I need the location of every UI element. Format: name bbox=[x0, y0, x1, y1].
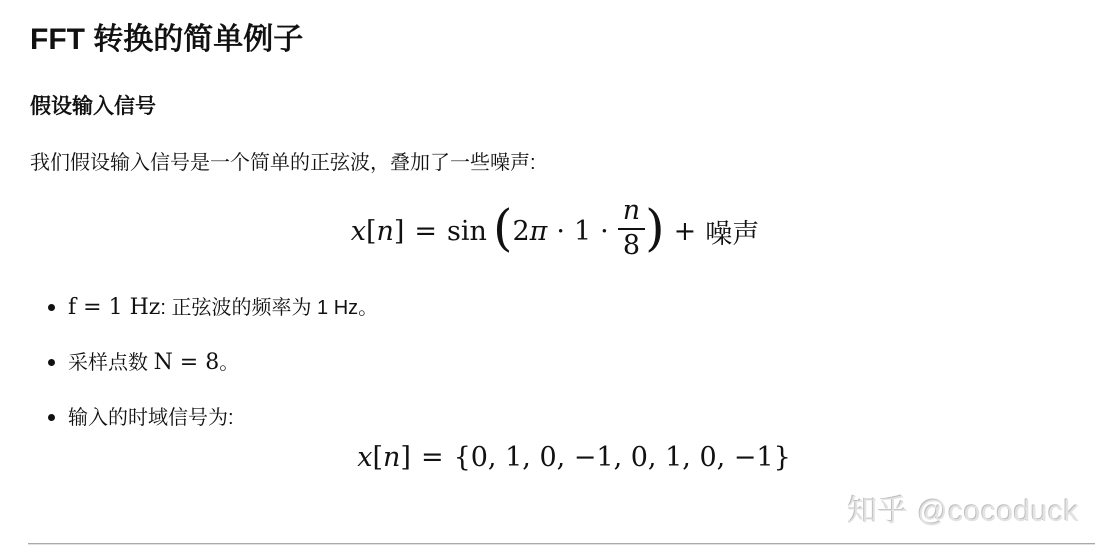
math-num-two: 2 bbox=[512, 216, 529, 247]
math-close-bracket: ] bbox=[400, 442, 411, 473]
math-equals: = bbox=[421, 442, 444, 473]
watermark: 知乎 @cocoduck bbox=[847, 486, 1079, 530]
bullet-text: : 正弦波的频率为 1 Hz。 bbox=[160, 297, 378, 319]
math-eq-8: = 8 bbox=[173, 350, 219, 375]
math-value-set: {0, 1, 0, −1, 0, 1, 0, −1} bbox=[454, 442, 791, 473]
section-heading: 假设输入信号 bbox=[30, 94, 1080, 120]
bullet-dot bbox=[48, 359, 55, 366]
math-open-bracket: [ bbox=[372, 442, 383, 473]
formula-signal-definition: x[n]=sin(2π·1·n8)+噪声 bbox=[30, 200, 1080, 262]
math-var-x: x bbox=[351, 216, 366, 247]
math-var-N: N bbox=[154, 350, 173, 375]
divider bbox=[28, 543, 1095, 545]
bullet-dot bbox=[48, 414, 55, 421]
math-noise-label: 噪声 bbox=[705, 212, 759, 251]
math-operator-sin: sin bbox=[447, 216, 487, 247]
math-fraction: n8 bbox=[618, 196, 645, 259]
math-plus: + bbox=[674, 216, 697, 247]
math-var-n: n bbox=[383, 442, 400, 473]
intro-paragraph: 我们假设输入信号是一个简单的正弦波，叠加了一些噪声: bbox=[30, 148, 1080, 178]
inline-math-frequency: f = 1 Hz bbox=[68, 295, 160, 320]
math-frac-numerator: n bbox=[618, 196, 645, 229]
math-var-n: n bbox=[376, 216, 393, 247]
bullet-text-post: 。 bbox=[219, 352, 239, 374]
bullet-body: 采样点数 N = 8。 bbox=[68, 349, 1080, 377]
bullet-text: 输入的时域信号为: bbox=[68, 407, 234, 429]
bullet-text-pre: 采样点数 bbox=[68, 352, 154, 374]
math-open-bracket: [ bbox=[366, 216, 377, 247]
list-item-time-domain: 输入的时域信号为: x[n]={0, 1, 0, −1, 0, 1, 0, −1… bbox=[30, 404, 1080, 474]
math-cdot: · bbox=[600, 216, 609, 247]
list-item-samples: 采样点数 N = 8。 bbox=[30, 349, 1080, 377]
math-eq-1hz: = 1 Hz bbox=[76, 295, 160, 320]
page-title: FFT 转换的简单例子 bbox=[30, 22, 1080, 58]
bullet-body: 输入的时域信号为: x[n]={0, 1, 0, −1, 0, 1, 0, −1… bbox=[68, 404, 1080, 474]
math-num-one: 1 bbox=[574, 216, 591, 247]
math-var-f: f bbox=[68, 295, 76, 320]
math-frac-denominator: 8 bbox=[618, 230, 645, 260]
bullet-body: f = 1 Hz: 正弦波的频率为 1 Hz。 bbox=[68, 294, 1080, 322]
bullet-list: f = 1 Hz: 正弦波的频率为 1 Hz。 采样点数 N = 8。 输入的时… bbox=[30, 294, 1080, 474]
article-page: FFT 转换的简单例子 假设输入信号 我们假设输入信号是一个简单的正弦波，叠加了… bbox=[0, 0, 1109, 559]
math-cdot: · bbox=[556, 216, 565, 247]
math-close-bracket: ] bbox=[394, 216, 405, 247]
math-equals: = bbox=[414, 216, 437, 247]
inline-math-samples: N = 8 bbox=[154, 350, 220, 375]
formula-time-domain-signal: x[n]={0, 1, 0, −1, 0, 1, 0, −1} bbox=[68, 442, 1080, 474]
list-item-frequency: f = 1 Hz: 正弦波的频率为 1 Hz。 bbox=[30, 294, 1080, 322]
math-var-x: x bbox=[357, 442, 372, 473]
bullet-dot bbox=[48, 304, 55, 311]
math-pi: π bbox=[530, 216, 548, 247]
